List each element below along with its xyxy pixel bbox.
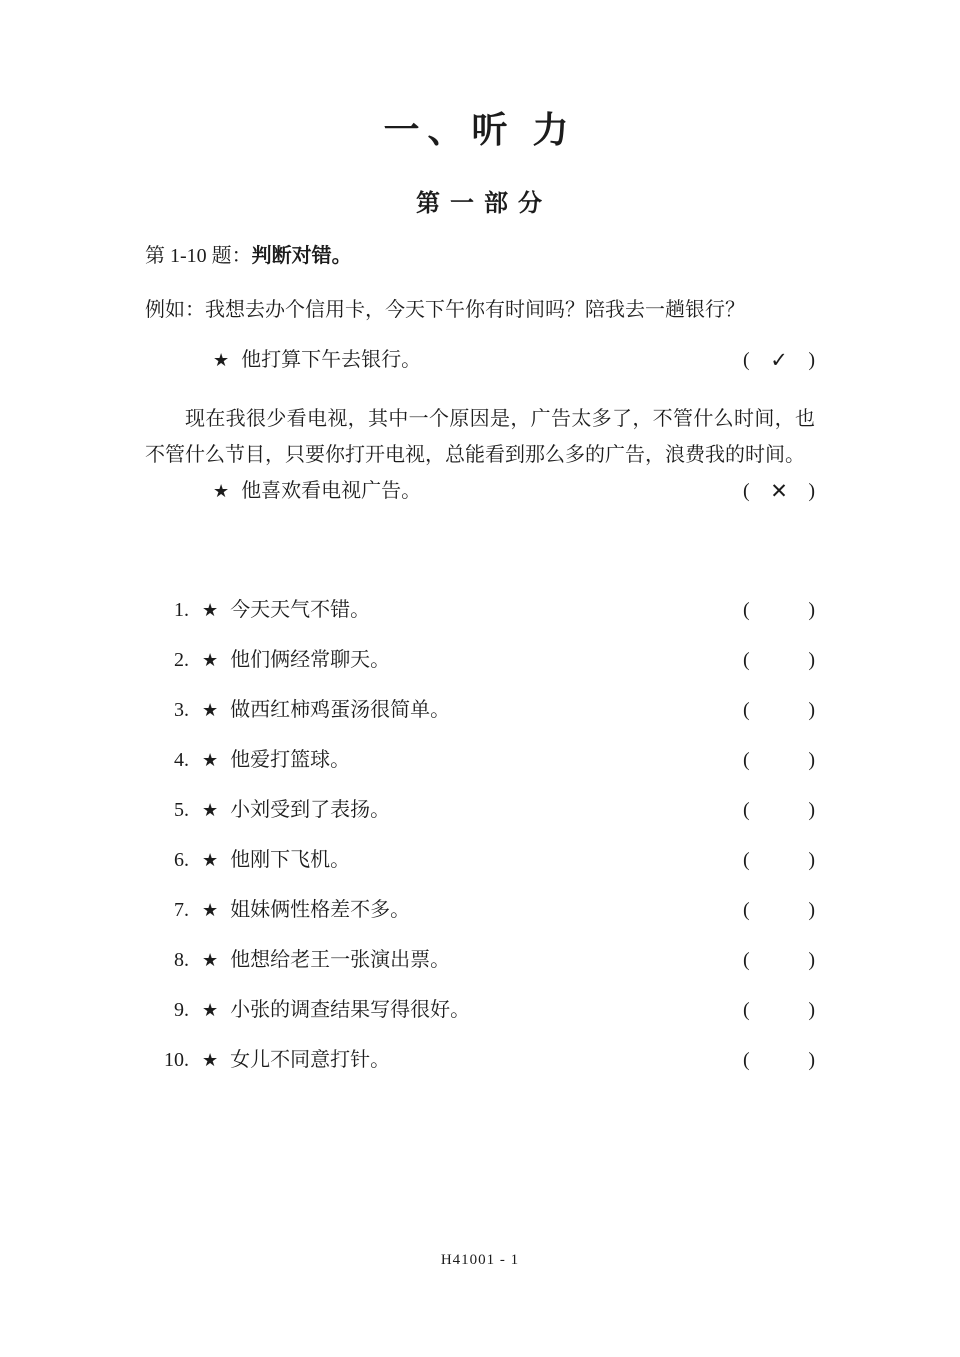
question-number: 7. (145, 897, 189, 923)
paren-open: ( (743, 647, 750, 673)
question-list: 1. ★ 今天天气不错。 ( ) 2. ★ 他们俩经常聊天。 ( ) 3. ★ … (145, 597, 815, 1073)
paren-open: ( (743, 847, 750, 873)
section-title: 第 一 部 分 (145, 191, 815, 219)
paren-close: ) (808, 747, 815, 773)
answer-brackets: ( ) (743, 597, 815, 623)
question-text: 今天天气不错。 (230, 597, 370, 623)
paren-open: ( (743, 347, 750, 373)
page-content: 一、听 力 第 一 部 分 第 1-10 题：判断对错。 例如：我想去办个信用卡… (145, 0, 815, 1097)
question-row-7: 7. ★ 姐妹俩性格差不多。 ( ) (145, 897, 815, 923)
star-icon: ★ (213, 480, 229, 503)
question-row-2: 2. ★ 他们俩经常聊天。 ( ) (145, 647, 815, 673)
example-statement-false-text: 他喜欢看电视广告。 (241, 478, 421, 504)
question-text: 小刘受到了表扬。 (230, 797, 390, 823)
question-text: 他爱打篮球。 (230, 747, 350, 773)
star-icon: ★ (202, 649, 218, 672)
question-row-9: 9. ★ 小张的调查结果写得很好。 ( ) (145, 997, 815, 1023)
paren-open: ( (743, 997, 750, 1023)
paren-close: ) (808, 947, 815, 973)
answer-brackets: ( ) (743, 697, 815, 723)
paren-open: ( (743, 897, 750, 923)
star-icon: ★ (202, 899, 218, 922)
example-statement-true-text: 他打算下午去银行。 (241, 347, 421, 373)
page-footer: H41001 - 1 (0, 1252, 960, 1269)
instructions-task: 判断对错。 (252, 245, 352, 267)
question-number: 8. (145, 947, 189, 973)
paren-close: ) (808, 897, 815, 923)
paren-close: ) (808, 1047, 815, 1073)
question-row-3: 3. ★ 做西红柿鸡蛋汤很简单。 ( ) (145, 697, 815, 723)
example-passage: 现在我很少看电视，其中一个原因是，广告太多了，不管什么时间，也不管什么节目，只要… (145, 401, 815, 473)
question-number: 4. (145, 747, 189, 773)
question-number: 6. (145, 847, 189, 873)
paren-close: ) (808, 997, 815, 1023)
paren-open: ( (743, 797, 750, 823)
star-icon: ★ (202, 799, 218, 822)
paren-open: ( (743, 747, 750, 773)
question-number: 10. (145, 1047, 189, 1073)
answer-brackets: ( ) (743, 947, 815, 973)
example-prompt: 我想去办个信用卡，今天下午你有时间吗？陪我去一趟银行？ (205, 299, 745, 321)
paren-open: ( (743, 697, 750, 723)
paren-close: ) (808, 697, 815, 723)
instructions-range: 第 1-10 题： (145, 245, 252, 267)
example-prompt-line: 例如：我想去办个信用卡，今天下午你有时间吗？陪我去一趟银行？ (145, 297, 815, 323)
question-row-4: 4. ★ 他爱打篮球。 ( ) (145, 747, 815, 773)
example-statement-true-row: ★ 他打算下午去银行。 ( ✓ ) (145, 347, 815, 373)
page-title: 一、听 力 (145, 110, 815, 151)
star-icon: ★ (213, 349, 229, 372)
example-statement-false-row: ★ 他喜欢看电视广告。 ( ✕ ) (145, 478, 815, 504)
question-text: 他刚下飞机。 (230, 847, 350, 873)
question-number: 9. (145, 997, 189, 1023)
paren-open: ( (743, 1047, 750, 1073)
question-row-1: 1. ★ 今天天气不错。 ( ) (145, 597, 815, 623)
star-icon: ★ (202, 699, 218, 722)
answer-brackets: ( ) (743, 647, 815, 673)
question-number: 5. (145, 797, 189, 823)
star-icon: ★ (202, 999, 218, 1022)
question-number: 3. (145, 697, 189, 723)
question-number: 2. (145, 647, 189, 673)
cross-icon: ✕ (770, 481, 788, 502)
answer-brackets: ( ) (743, 747, 815, 773)
question-text: 女儿不同意打针。 (230, 1047, 390, 1073)
answer-brackets: ( ) (743, 847, 815, 873)
paren-open: ( (743, 947, 750, 973)
star-icon: ★ (202, 1049, 218, 1072)
star-icon: ★ (202, 949, 218, 972)
paren-close: ) (808, 347, 815, 373)
example-label: 例如： (145, 299, 205, 321)
question-row-6: 6. ★ 他刚下飞机。 ( ) (145, 847, 815, 873)
paren-close: ) (808, 847, 815, 873)
answer-brackets: ( ) (743, 997, 815, 1023)
answer-brackets: ( ) (743, 897, 815, 923)
question-number: 1. (145, 597, 189, 623)
answer-brackets: ( ) (743, 1047, 815, 1073)
answer-brackets: ( ) (743, 797, 815, 823)
paren-close: ) (808, 647, 815, 673)
question-text: 他们俩经常聊天。 (230, 647, 390, 673)
question-row-10: 10. ★ 女儿不同意打针。 ( ) (145, 1047, 815, 1073)
check-icon: ✓ (770, 350, 788, 371)
star-icon: ★ (202, 749, 218, 772)
question-text: 他想给老王一张演出票。 (230, 947, 450, 973)
question-row-8: 8. ★ 他想给老王一张演出票。 ( ) (145, 947, 815, 973)
question-row-5: 5. ★ 小刘受到了表扬。 ( ) (145, 797, 815, 823)
paren-close: ) (808, 478, 815, 504)
question-text: 姐妹俩性格差不多。 (230, 897, 410, 923)
question-text: 小张的调查结果写得很好。 (230, 997, 470, 1023)
paren-open: ( (743, 478, 750, 504)
instructions-line: 第 1-10 题：判断对错。 (145, 243, 815, 269)
star-icon: ★ (202, 599, 218, 622)
answer-brackets: ( ✓ ) (743, 347, 815, 373)
paren-close: ) (808, 597, 815, 623)
question-text: 做西红柿鸡蛋汤很简单。 (230, 697, 450, 723)
answer-brackets: ( ✕ ) (743, 478, 815, 504)
paren-close: ) (808, 797, 815, 823)
star-icon: ★ (202, 849, 218, 872)
paren-open: ( (743, 597, 750, 623)
